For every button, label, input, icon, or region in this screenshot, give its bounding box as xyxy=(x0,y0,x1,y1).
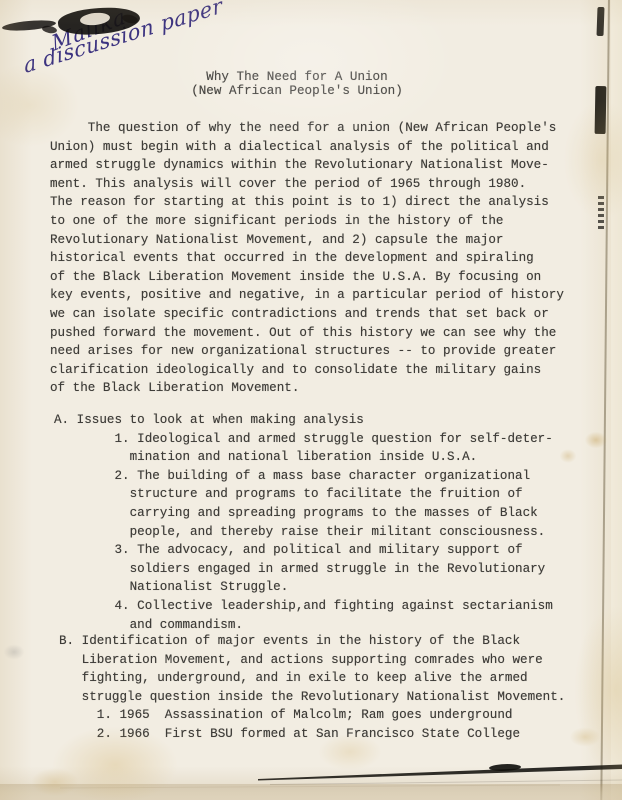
ink-smudge-dot xyxy=(42,25,58,34)
page-bottom-shadow xyxy=(0,784,622,800)
page-edge-strip xyxy=(611,0,622,800)
edge-ink-mark xyxy=(596,7,604,36)
document-title: Why The Need for A Union (New African Pe… xyxy=(0,71,594,98)
section-a-issues: A. Issues to look at when making analysi… xyxy=(54,411,553,634)
section-b-identification: B. Identification of major events in the… xyxy=(59,632,565,744)
edge-ink-mark xyxy=(595,86,607,134)
intro-paragraph: The question of why the need for a union… xyxy=(50,119,564,398)
edge-ink-mark xyxy=(598,196,604,232)
scanned-page: Why The Need for A Union (New African Pe… xyxy=(0,0,622,800)
